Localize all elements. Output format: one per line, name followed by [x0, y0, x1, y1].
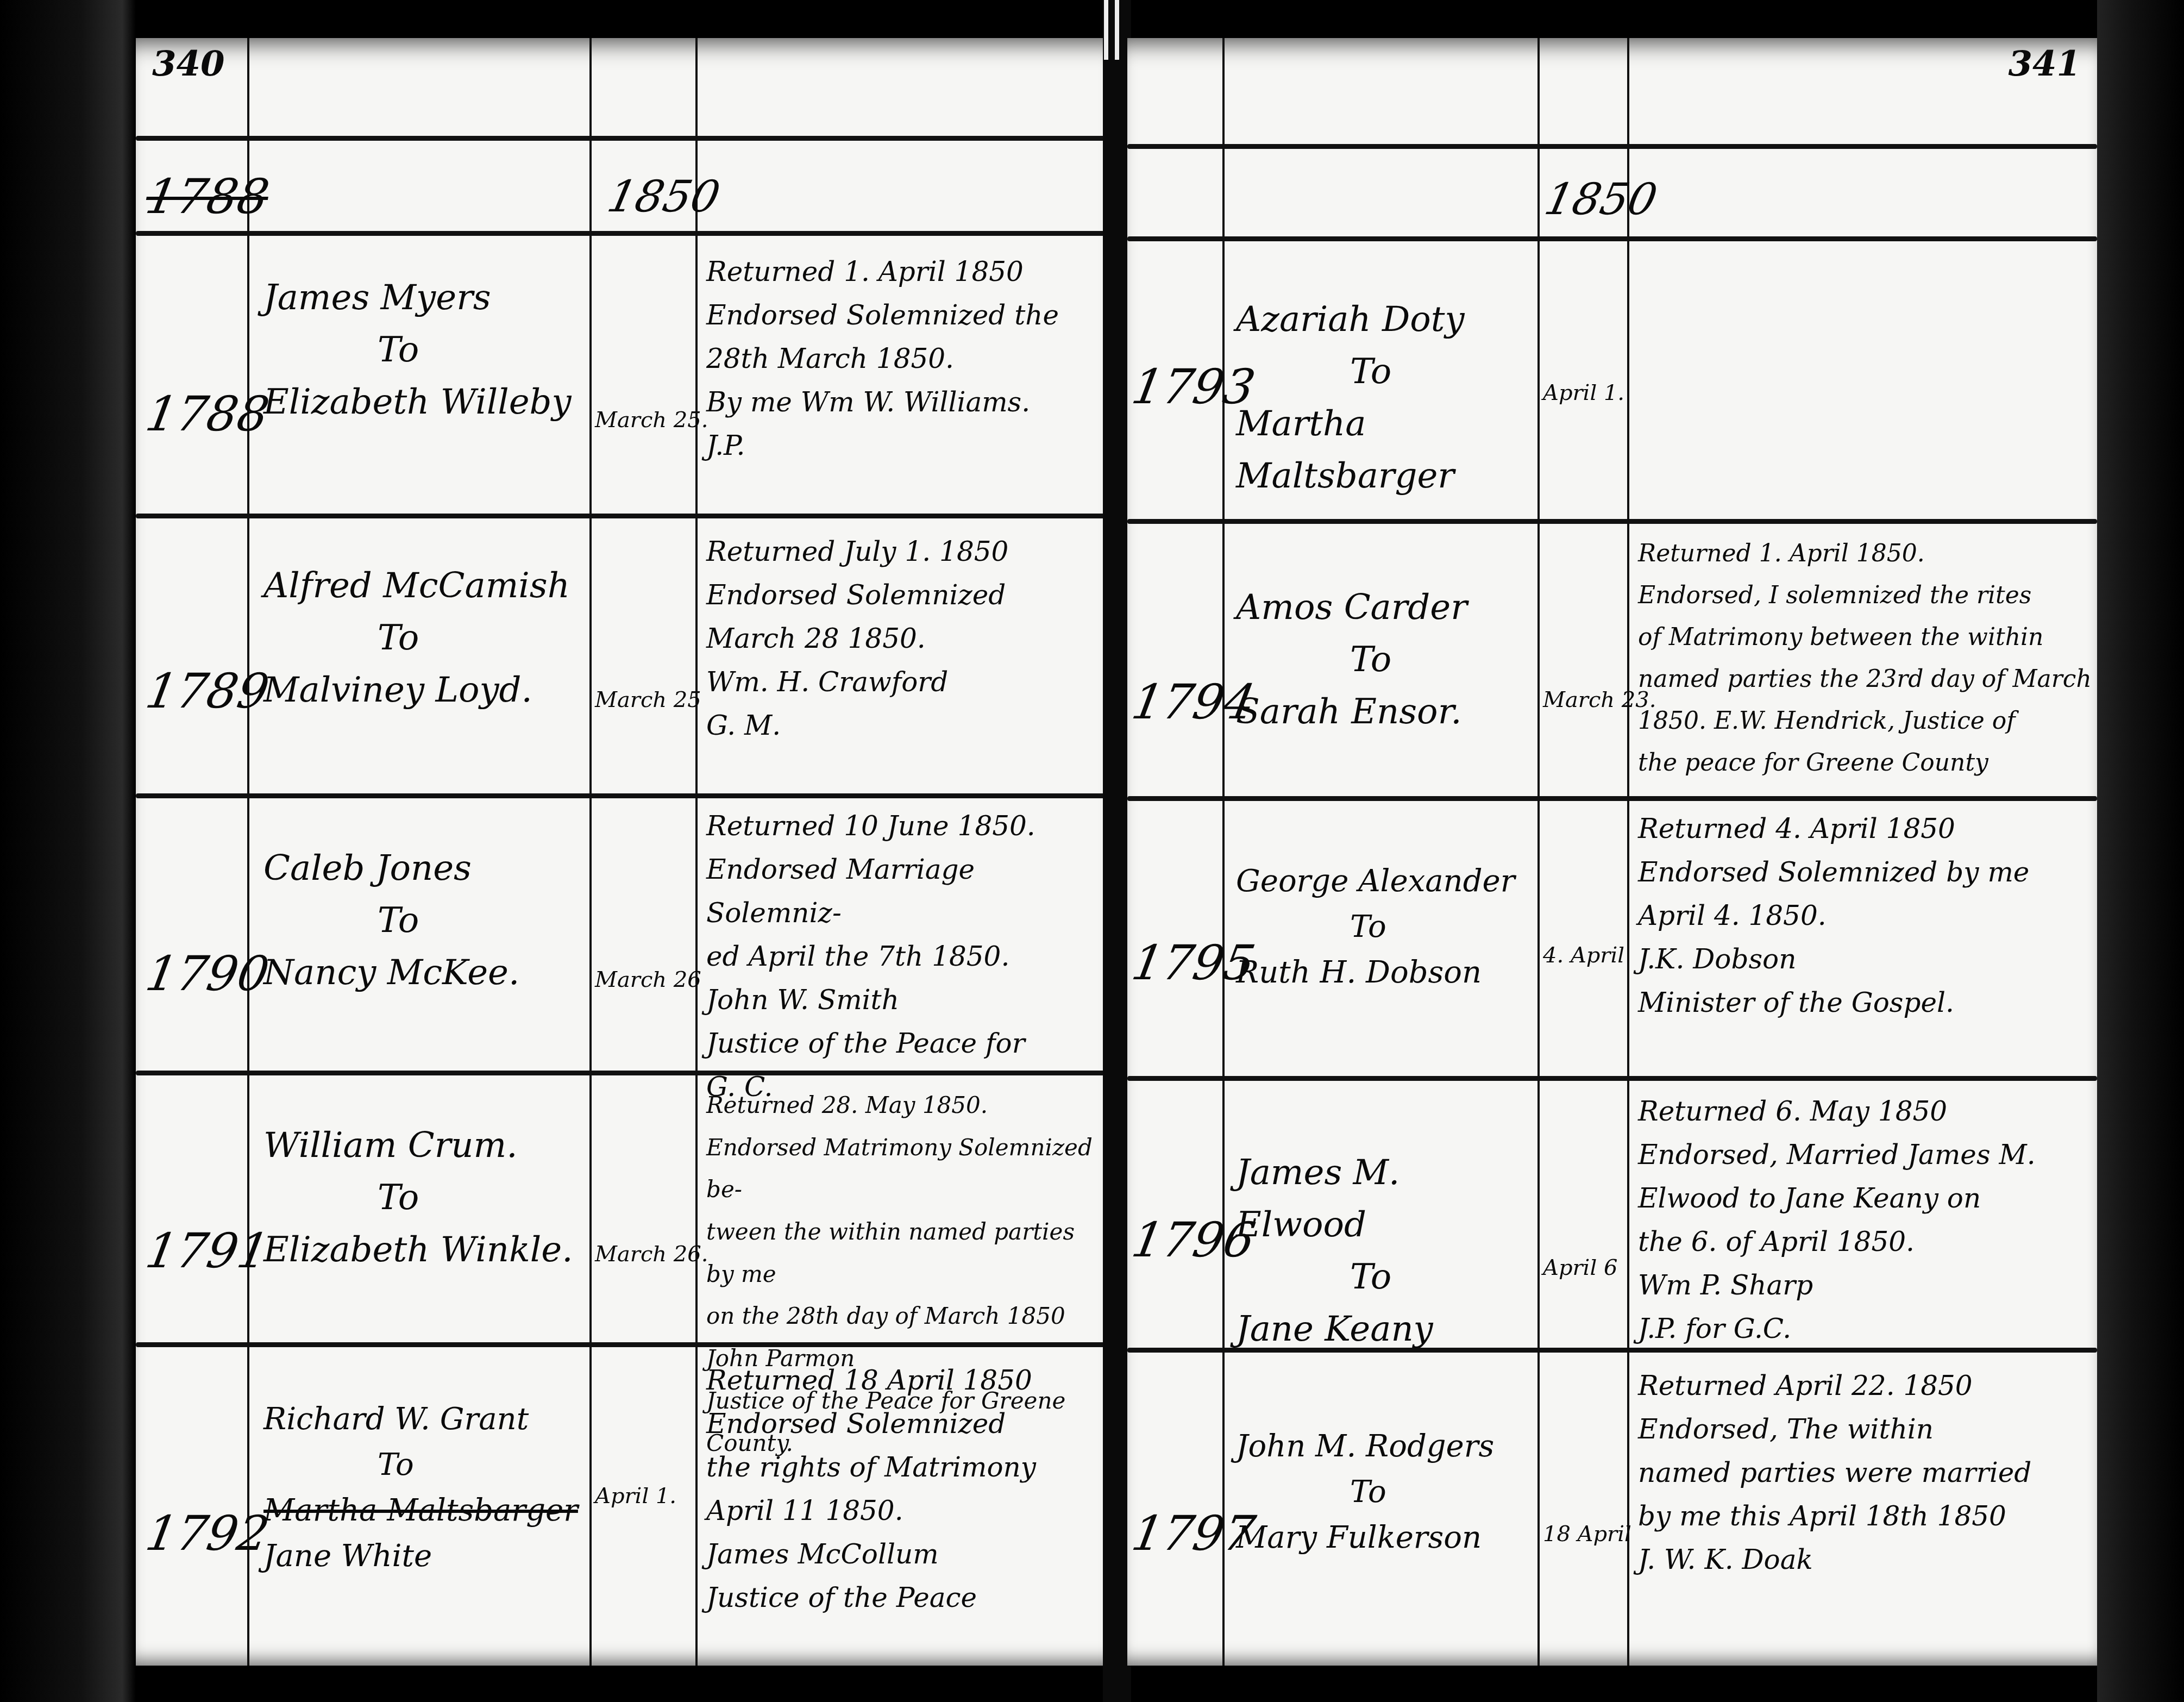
- license-date: March 26: [595, 967, 701, 992]
- couple-names: John M. Rodgers To Mary Fulkerson: [1236, 1424, 1540, 1561]
- groom-name: Alfred McCamish: [263, 566, 570, 606]
- row-rule: [1127, 236, 2097, 241]
- bride-name: Jane Keany: [1236, 1309, 1433, 1349]
- struck-header-number: 1788: [142, 168, 273, 224]
- to-label: To: [263, 894, 584, 947]
- license-date: 18 April: [1543, 1522, 1631, 1547]
- couple-names: Alfred McCamish To Malviney Loyd.: [263, 560, 584, 716]
- return-remarks: Returned 10 June 1850. Endorsed Marriage…: [706, 804, 1103, 1109]
- to-label: To: [263, 1442, 584, 1488]
- return-remarks: Returned 6. May 1850 Endorsed, Married J…: [1638, 1090, 2089, 1350]
- couple-names: James M. Elwood To Jane Keany: [1236, 1147, 1540, 1355]
- groom-name: Richard W. Grant: [263, 1401, 529, 1437]
- groom-name: James M. Elwood: [1236, 1153, 1399, 1245]
- entry-number: 1790: [142, 946, 273, 1002]
- couple-names: Caleb Jones To Nancy McKee.: [263, 842, 584, 999]
- binding-thread: [1104, 0, 1108, 60]
- couple-names: Azariah Doty To Martha Maltsbarger: [1236, 293, 1540, 502]
- bride-name: Malviney Loyd.: [263, 670, 532, 710]
- page-number-right: 341: [2008, 43, 2081, 84]
- groom-name: Azariah Doty: [1236, 299, 1465, 340]
- to-label: To: [1236, 904, 1540, 950]
- bride-name: Elizabeth Willeby: [263, 382, 572, 422]
- year-header: 1850: [1540, 174, 1661, 224]
- row-rule: [1127, 796, 2097, 801]
- bride-name: Mary Fulkerson: [1236, 1520, 1482, 1555]
- row-rule: [136, 136, 1108, 141]
- left-page: 340 1788 1850 1788 James Myers To Elizab…: [136, 38, 1108, 1666]
- entry-number: 1788: [142, 386, 273, 442]
- to-label: To: [1236, 634, 1540, 686]
- to-label: To: [1236, 1251, 1540, 1303]
- groom-name: George Alexander: [1236, 863, 1515, 899]
- license-date: March 26.: [595, 1242, 708, 1267]
- to-label: To: [263, 324, 584, 376]
- return-remarks: Returned 1. April 1850 Endorsed Solemniz…: [706, 250, 1103, 467]
- to-label: To: [1236, 346, 1540, 398]
- license-date: March 25: [595, 687, 701, 712]
- return-remarks: Returned 1. April 1850. Endorsed, I sole…: [1638, 533, 2094, 784]
- return-remarks: Returned July 1. 1850 Endorsed Solemnize…: [706, 530, 1103, 747]
- groom-name: John M. Rodgers: [1236, 1429, 1494, 1464]
- bride-name: Sarah Ensor.: [1236, 692, 1462, 732]
- couple-names: George Alexander To Ruth H. Dobson: [1236, 859, 1540, 996]
- entry-number: 1789: [142, 663, 273, 719]
- license-date: April 1.: [1543, 380, 1624, 405]
- row-rule: [136, 231, 1108, 236]
- groom-name: William Crum.: [263, 1125, 518, 1166]
- page-number-left: 340: [152, 43, 225, 84]
- book-cover-left-edge: [0, 0, 136, 1702]
- column-rule: [589, 38, 592, 1666]
- groom-name: James Myers: [263, 278, 491, 318]
- return-remarks: Returned April 22. 1850 Endorsed, The wi…: [1638, 1364, 2094, 1581]
- couple-names: James Myers To Elizabeth Willeby: [263, 272, 584, 428]
- bride-name: Jane White: [263, 1538, 432, 1574]
- row-rule: [1127, 144, 2097, 149]
- return-remarks: Returned 18 April 1850 Endorsed Solemniz…: [706, 1359, 1103, 1619]
- struck-bride-name: Martha Maltsbarger: [263, 1488, 584, 1534]
- book-cover-right-edge: [2097, 0, 2184, 1702]
- bride-name: Nancy McKee.: [263, 953, 519, 993]
- license-date: April 1.: [595, 1484, 676, 1509]
- bride-name: Elizabeth Winkle.: [263, 1230, 573, 1270]
- entry-number: 1792: [142, 1505, 273, 1561]
- row-rule: [136, 514, 1108, 518]
- binding-thread: [1115, 0, 1119, 60]
- entry-number: 1791: [142, 1223, 273, 1279]
- return-remarks: Returned 4. April 1850 Endorsed Solemniz…: [1638, 807, 2089, 1024]
- column-rule: [1627, 38, 1629, 1666]
- row-rule: [1127, 1076, 2097, 1081]
- right-page: 341 1850 1793 Azariah Doty To Martha Mal…: [1127, 38, 2097, 1666]
- column-rule: [1537, 38, 1540, 1666]
- row-rule: [1127, 519, 2097, 524]
- couple-names: Richard W. Grant To Martha Maltsbarger J…: [263, 1397, 584, 1579]
- groom-name: Caleb Jones: [263, 848, 472, 888]
- groom-name: Amos Carder: [1236, 587, 1467, 628]
- to-label: To: [263, 612, 584, 664]
- ledger-scan: 340 1788 1850 1788 James Myers To Elizab…: [0, 0, 2184, 1702]
- bride-name: Ruth H. Dobson: [1236, 955, 1482, 990]
- license-date: April 6: [1543, 1255, 1617, 1280]
- to-label: To: [1236, 1469, 1540, 1515]
- row-rule: [136, 793, 1108, 798]
- license-date: March 25.: [595, 408, 708, 433]
- to-label: To: [263, 1172, 584, 1224]
- couple-names: William Crum. To Elizabeth Winkle.: [263, 1119, 584, 1276]
- year-header: 1850: [603, 171, 724, 222]
- column-rule: [695, 38, 698, 1666]
- license-date: 4. April: [1543, 943, 1624, 968]
- column-rule: [247, 38, 249, 1666]
- couple-names: Amos Carder To Sarah Ensor.: [1236, 581, 1540, 738]
- column-rule: [1222, 38, 1225, 1666]
- bride-name: Martha Maltsbarger: [1236, 404, 1454, 496]
